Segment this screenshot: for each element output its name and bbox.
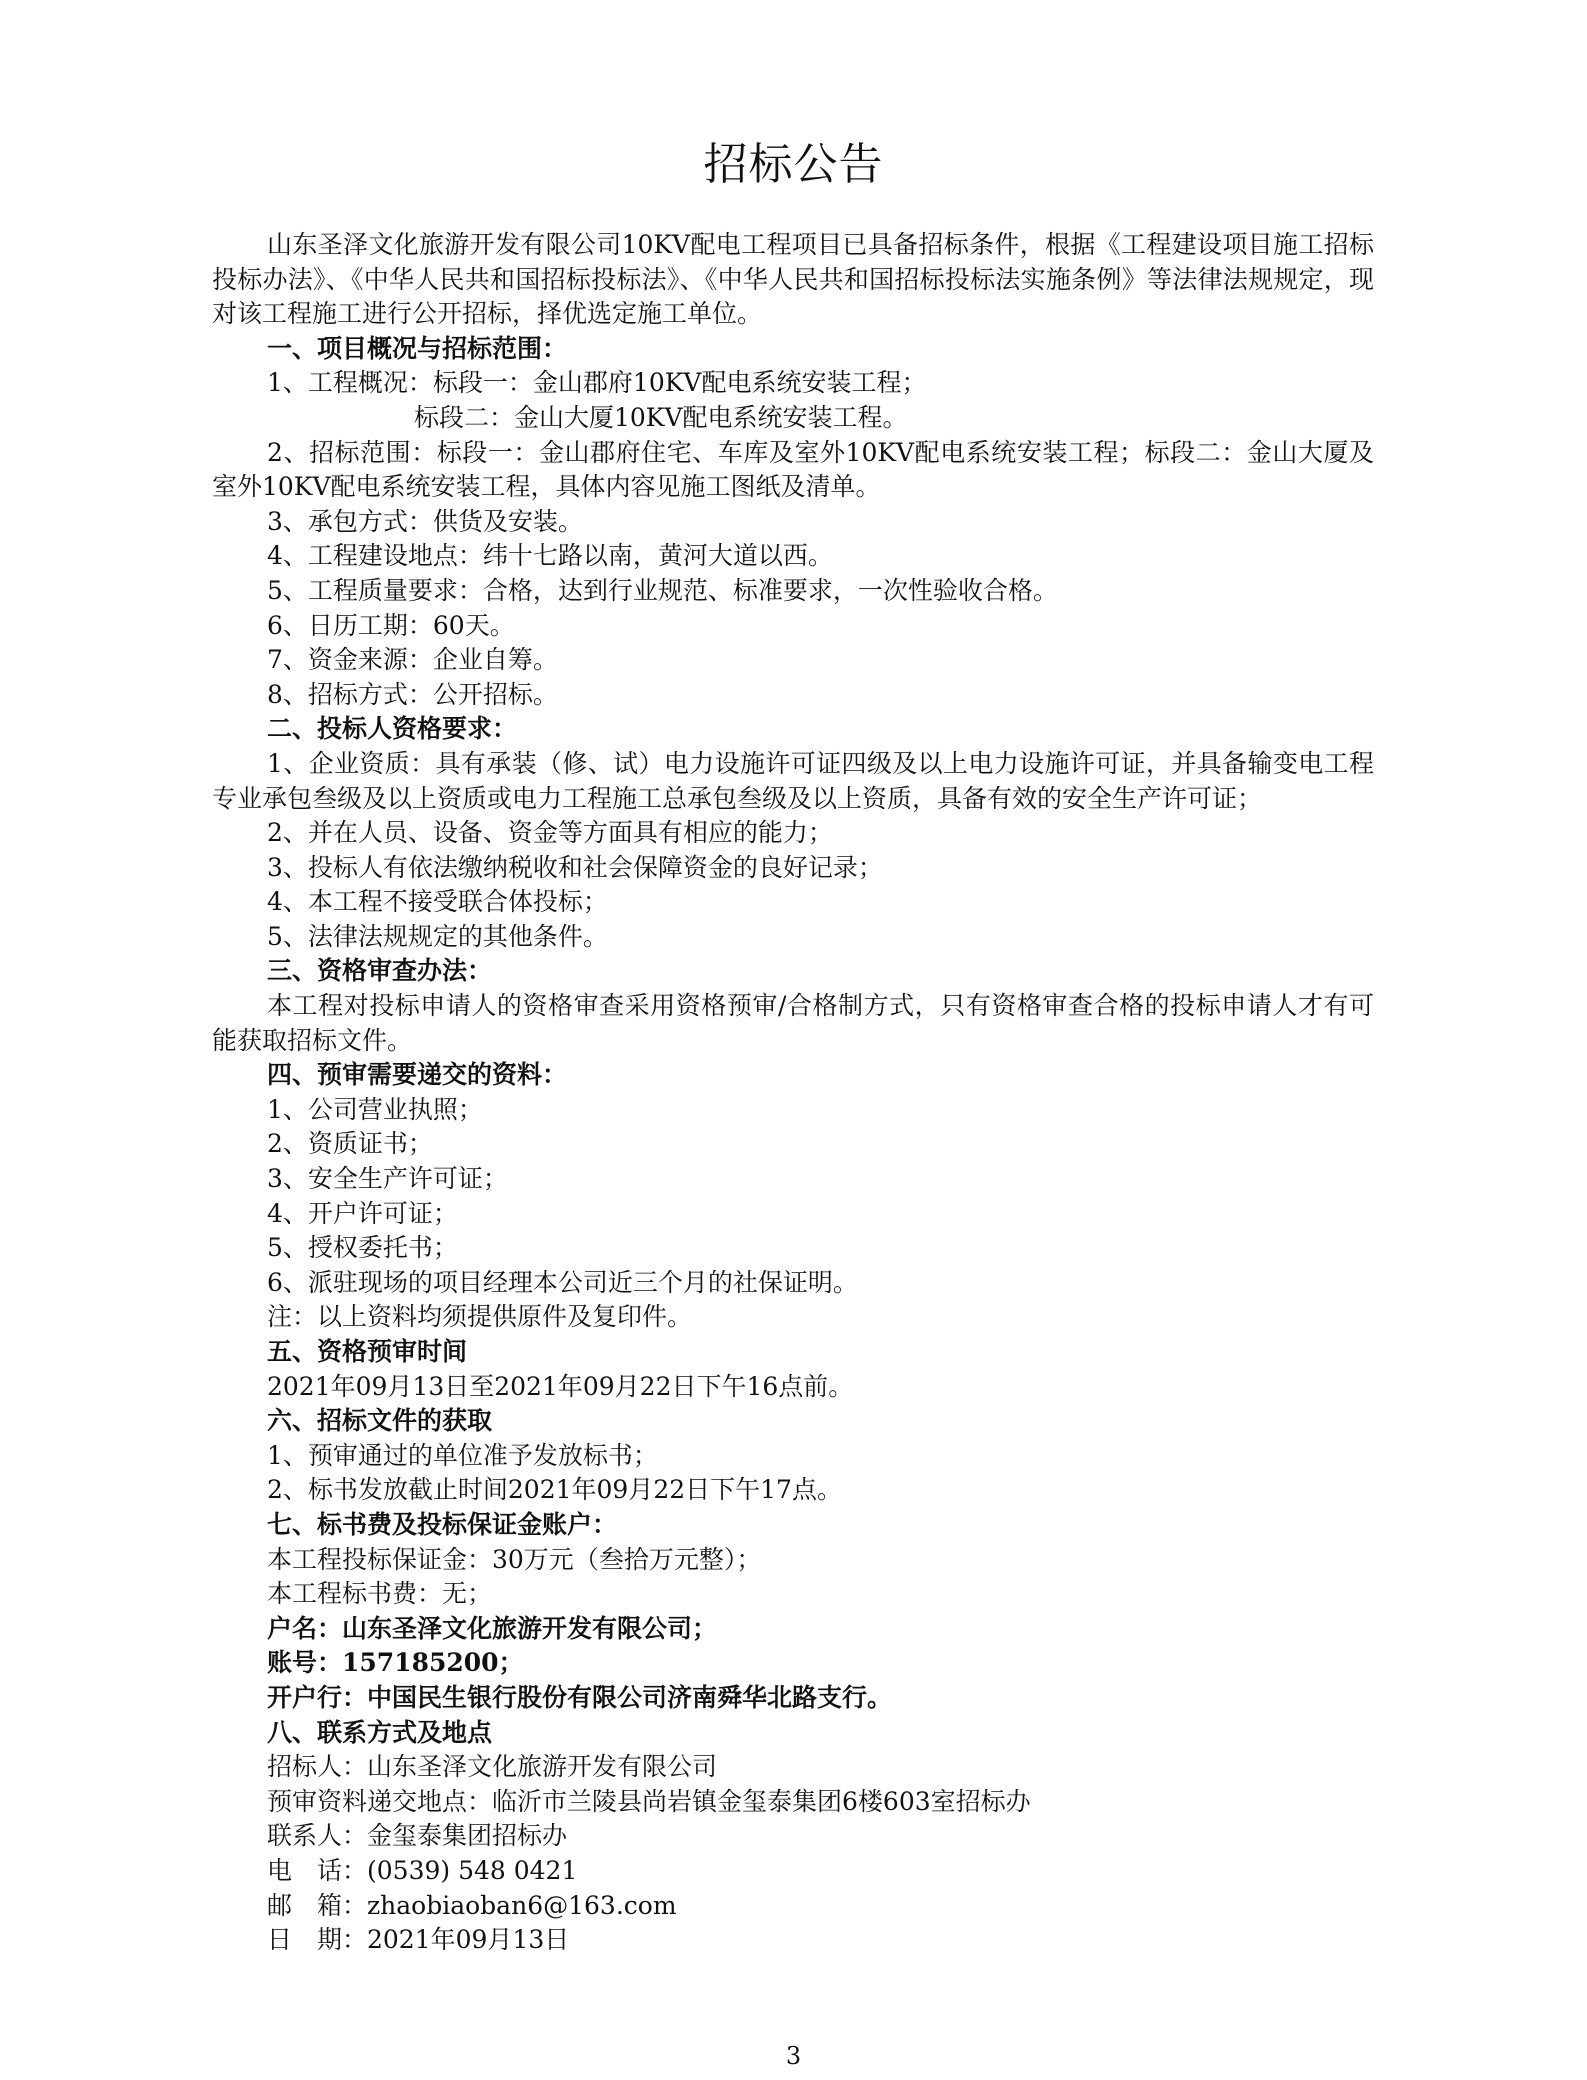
prequalification-time: 2021年09月13日至2021年09月22日下午16点前。: [212, 1370, 1374, 1405]
section-heading-7: 七、标书费及投标保证金账户：: [212, 1508, 1374, 1543]
list-item: 2、资质证书；: [212, 1127, 1374, 1162]
list-item: 6、派驻现场的项目经理本公司近三个月的社保证明。: [212, 1266, 1374, 1301]
list-item: 标段二：金山大厦10KV配电系统安装工程。: [212, 401, 1374, 436]
list-item: 5、授权委托书；: [212, 1231, 1374, 1266]
deposit-amount: 本工程投标保证金：30万元（叁拾万元整）；: [212, 1543, 1374, 1578]
document-fee: 本工程标书费：无；: [212, 1577, 1374, 1612]
list-item: 5、法律法规规定的其他条件。: [212, 920, 1374, 955]
list-item: 1、公司营业执照；: [212, 1093, 1374, 1128]
date: 日 期：2021年09月13日: [212, 1923, 1374, 1958]
list-item: 8、招标方式：公开招标。: [212, 678, 1374, 713]
section-heading-3: 三、资格审查办法：: [212, 954, 1374, 989]
list-item: 3、承包方式：供货及安装。: [212, 505, 1374, 540]
list-item: 2、并在人员、设备、资金等方面具有相应的能力；: [212, 816, 1374, 851]
document-title: 招标公告: [0, 136, 1587, 194]
document-body: 山东圣泽文化旅游开发有限公司10KV配电工程项目已具备招标条件，根据《工程建设项…: [212, 228, 1374, 1958]
list-item: 2、标书发放截止时间2021年09月22日下午17点。: [212, 1473, 1374, 1508]
section-heading-2: 二、投标人资格要求：: [212, 712, 1374, 747]
account-name: 户名：山东圣泽文化旅游开发有限公司；: [212, 1612, 1374, 1647]
section-heading-4: 四、预审需要递交的资料：: [212, 1058, 1374, 1093]
list-item: 5、工程质量要求：合格，达到行业规范、标准要求，一次性验收合格。: [212, 574, 1374, 609]
section-heading-8: 八、联系方式及地点: [212, 1716, 1374, 1751]
section-heading-5: 五、资格预审时间: [212, 1335, 1374, 1370]
tenderer: 招标人：山东圣泽文化旅游开发有限公司: [212, 1750, 1374, 1785]
intro-paragraph: 山东圣泽文化旅游开发有限公司10KV配电工程项目已具备招标条件，根据《工程建设项…: [212, 228, 1374, 332]
list-item: 4、开户许可证；: [212, 1197, 1374, 1232]
section-heading-6: 六、招标文件的获取: [212, 1404, 1374, 1439]
list-item: 7、资金来源：企业自筹。: [212, 643, 1374, 678]
contact-person: 联系人：金玺泰集团招标办: [212, 1819, 1374, 1854]
section-heading-1: 一、项目概况与招标范围：: [212, 332, 1374, 367]
email: 邮 箱：zhaobiaoban6@163.com: [212, 1889, 1374, 1924]
list-item: 6、日历工期：60天。: [212, 609, 1374, 644]
section-paragraph: 本工程对投标申请人的资格审查采用资格预审/合格制方式，只有资格审查合格的投标申请…: [212, 989, 1374, 1058]
note: 注：以上资料均须提供原件及复印件。: [212, 1300, 1374, 1335]
account-number: 账号：157185200；: [212, 1646, 1374, 1681]
list-item: 1、工程概况：标段一：金山郡府10KV配电系统安装工程；: [212, 366, 1374, 401]
list-item: 2、招标范围：标段一：金山郡府住宅、车库及室外10KV配电系统安装工程；标段二：…: [212, 436, 1374, 505]
submission-address: 预审资料递交地点：临沂市兰陵县尚岩镇金玺泰集团6楼603室招标办: [212, 1785, 1374, 1820]
list-item: 4、本工程不接受联合体投标；: [212, 885, 1374, 920]
phone: 电 话：(0539) 548 0421: [212, 1854, 1374, 1889]
list-item: 3、投标人有依法缴纳税收和社会保障资金的良好记录；: [212, 851, 1374, 886]
page-number: 3: [0, 2040, 1587, 2072]
list-item: 1、企业资质：具有承装（修、试）电力设施许可证四级及以上电力设施许可证，并具备输…: [212, 747, 1374, 816]
bank-name: 开户行：中国民生银行股份有限公司济南舜华北路支行。: [212, 1681, 1374, 1716]
list-item: 4、工程建设地点：纬十七路以南，黄河大道以西。: [212, 539, 1374, 574]
list-item: 1、预审通过的单位准予发放标书；: [212, 1439, 1374, 1474]
list-item: 3、安全生产许可证；: [212, 1162, 1374, 1197]
